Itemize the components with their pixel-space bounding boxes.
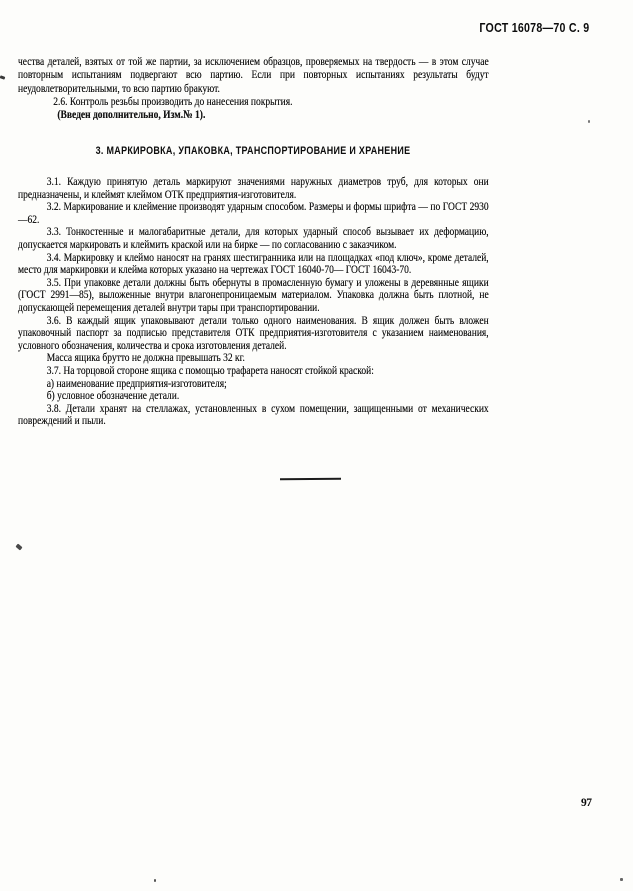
paragraph-3-4: 3.4. Маркировку и клеймо наносят на гран… (18, 252, 489, 277)
amendment-note: (Введен дополнительно, Изм.№ 1). (18, 108, 489, 121)
paragraph-3-6: 3.6. В каждый ящик упаковывают детали то… (18, 315, 489, 353)
running-header-gost-number: ГОСТ 16078—70 С. 9 (479, 21, 589, 35)
list-item-b: б) условное обозначение детали. (18, 390, 489, 403)
paragraph-3-1: 3.1. Каждую принятую деталь маркируют зн… (18, 176, 489, 201)
section-divider-rule (280, 478, 341, 481)
section-heading: 3. МАРКИРОВКА, УПАКОВКА, ТРАНСПОРТИРОВАН… (96, 145, 411, 157)
paragraph-3-2: 3.2. Маркирование и клеймение производят… (18, 201, 489, 226)
scan-artifact-speck (588, 120, 590, 123)
intro-text-block: чества деталей, взятых от той же партии,… (18, 55, 489, 121)
section-body-block: 3.1. Каждую принятую деталь маркируют зн… (18, 176, 489, 428)
scan-artifact-speck (0, 75, 5, 80)
paragraph-3-3: 3.3. Тонкостенные и малогабаритные детал… (18, 226, 489, 251)
paragraph-3-7: 3.7. На торцовой стороне ящика с помощью… (18, 365, 489, 378)
scan-artifact-speck (620, 878, 623, 881)
paragraph-2-6: 2.6. Контроль резьбы производить до нане… (18, 95, 489, 108)
scan-artifact-speck (154, 879, 156, 882)
page-number: 97 (581, 797, 592, 809)
scanned-document-page: { "document": { "header": "ГОСТ 16078—70… (0, 0, 633, 891)
paragraph-3-5: 3.5. При упаковке детали должны быть обе… (18, 277, 489, 315)
paragraph-continuation: чества деталей, взятых от той же партии,… (18, 55, 489, 95)
scan-artifact-speck (15, 544, 22, 551)
paragraph-3-8: 3.8. Детали хранят на стеллажах, установ… (18, 403, 489, 428)
